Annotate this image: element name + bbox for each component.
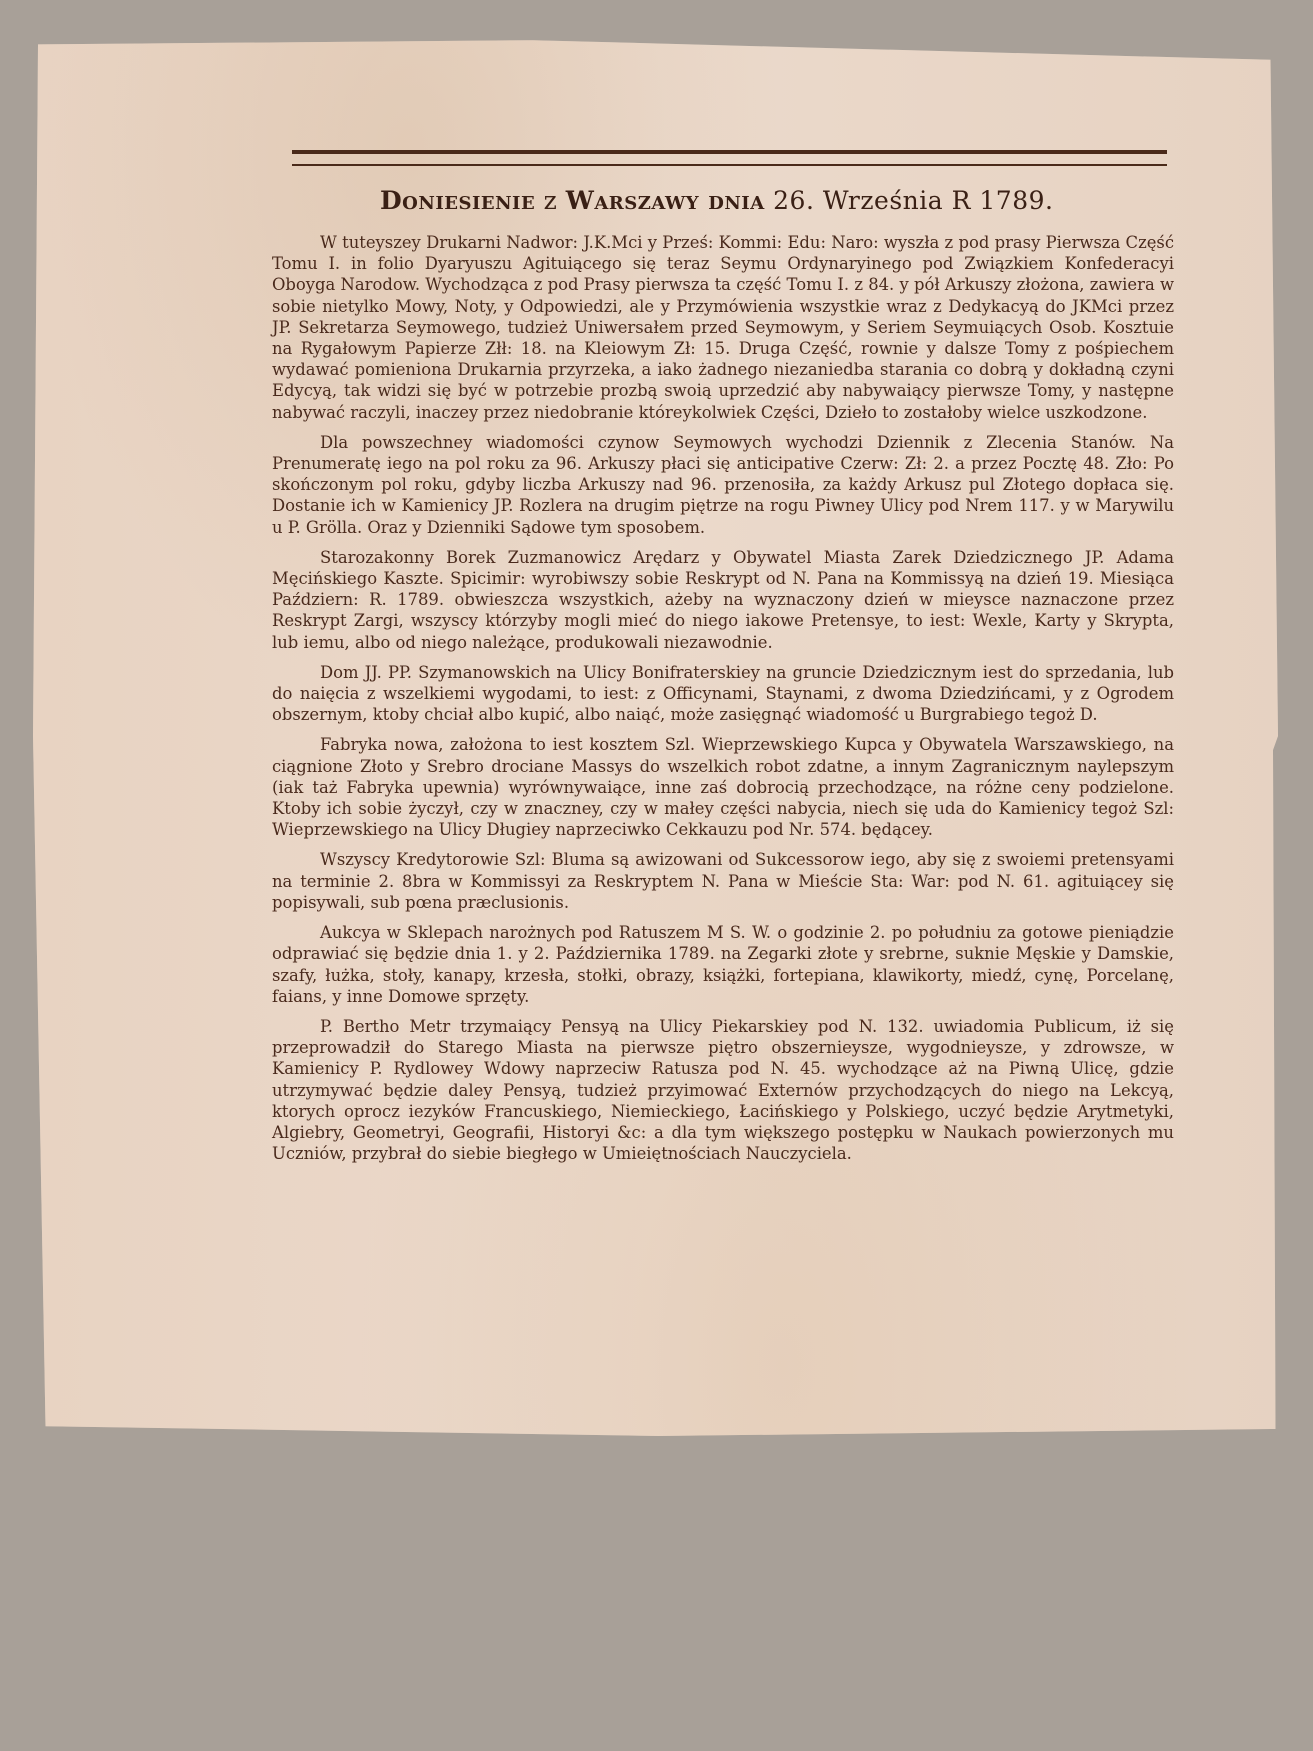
notice-aukcya: Aukcya w Sklepach narożnych pod Ratuszem…	[272, 922, 1174, 1007]
title-warszawy: Warszawy dnia	[566, 186, 765, 215]
title-z: z	[535, 186, 566, 215]
notice-kredytorowie: Wszyscy Kredytorowie Szl: Bluma są awizo…	[272, 849, 1174, 913]
ornamental-rule	[292, 150, 1167, 166]
page-title: Doniesienie z Warszawy dnia 26. Września…	[380, 186, 1200, 215]
notice-dom-szymanowskich: Dom JJ. PP. Szymanowskich na Ulicy Bonif…	[272, 662, 1174, 726]
notice-fabryka: Fabryka nowa, założona to iest kosztem S…	[272, 734, 1174, 840]
title-date: 26. Września R 1789.	[765, 186, 1054, 215]
notice-bertho: P. Bertho Metr trzymaiący Pensyą na Ulic…	[272, 1016, 1174, 1164]
document-body: W tuteyszey Drukarni Nadwor: J.K.Mci y P…	[272, 232, 1174, 1173]
notice-drukarnia: W tuteyszey Drukarni Nadwor: J.K.Mci y P…	[272, 232, 1174, 423]
notice-dziennik: Dla powszechney wiadomości czynow Seymow…	[272, 432, 1174, 538]
title-doniesienie: Doniesienie	[380, 186, 535, 215]
notice-zuzmanowicz: Starozakonny Borek Zuzmanowicz Arędarz y…	[272, 547, 1174, 653]
